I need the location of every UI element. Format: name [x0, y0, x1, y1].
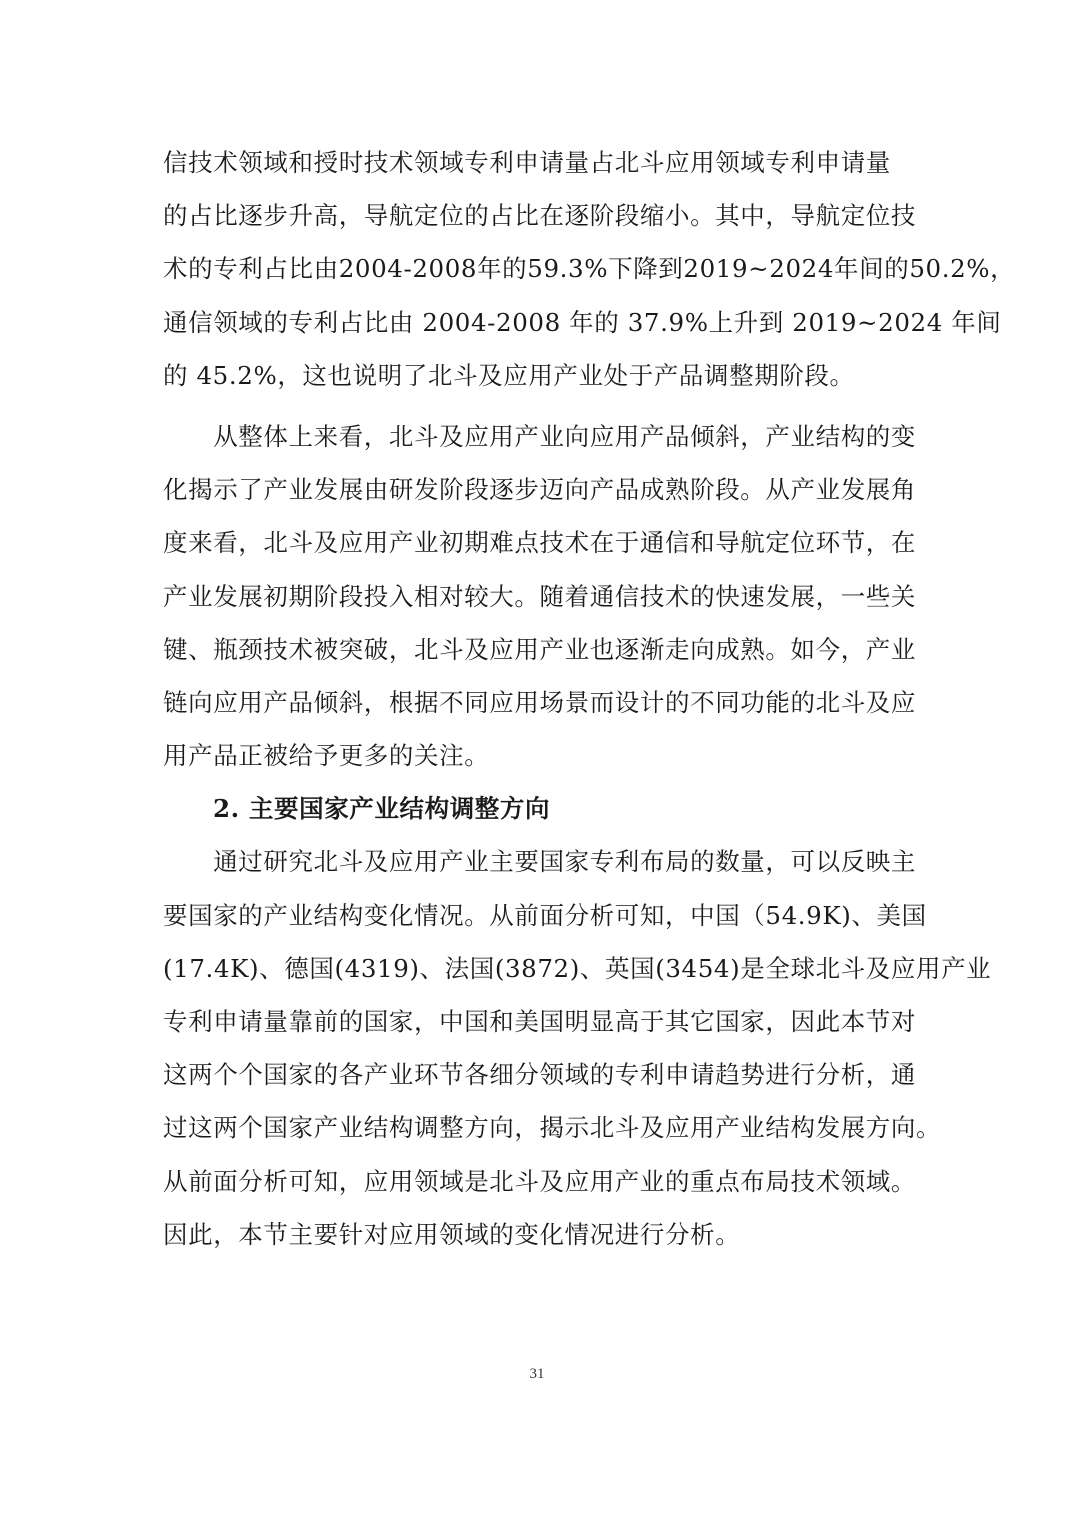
- text-line: 化揭示了产业发展由研发阶段逐步迈向产品成熟阶段。从产业发展角: [163, 463, 915, 516]
- text-line: 要国家的产业结构变化情况。从前面分析可知，中国（54.9K)、美国: [163, 889, 915, 942]
- page-number: 31: [0, 1366, 1074, 1383]
- text-line: 链向应用产品倾斜，根据不同应用场景而设计的不同功能的北斗及应: [163, 676, 915, 729]
- text-line: (17.4K)、德国(4319)、法国(3872)、英国(3454)是全球北斗及…: [163, 942, 915, 995]
- text-line: 的 45.2%，这也说明了北斗及应用产业处于产品调整期阶段。: [163, 349, 915, 402]
- document-page: 信技术领域和授时技术领域专利申请量占北斗应用领域专利申请量 的占比逐步升高，导航…: [163, 136, 915, 1261]
- paragraph-industry-overview: 从整体上来看，北斗及应用产业向应用产品倾斜，产业结构的变 化揭示了产业发展由研发…: [163, 410, 915, 782]
- text-line: 通信领域的专利占比由 2004-2008 年的 37.9%上升到 2019~20…: [163, 296, 915, 349]
- text-line: 这两个个国家的各产业环节各细分领域的专利申请趋势进行分析，通: [163, 1048, 915, 1101]
- text-line: 度来看，北斗及应用产业初期难点技术在于通信和导航定位环节，在: [163, 516, 915, 569]
- section-heading: 2. 主要国家产业结构调整方向: [163, 782, 915, 835]
- text-line: 术的专利占比由2004-2008年的59.3%下降到2019~2024年间的50…: [163, 242, 915, 295]
- text-line: 因此，本节主要针对应用领域的变化情况进行分析。: [163, 1208, 915, 1261]
- text-line: 过这两个国家产业结构调整方向，揭示北斗及应用产业结构发展方向。: [163, 1101, 915, 1154]
- text-line: 键、瓶颈技术被突破，北斗及应用产业也逐渐走向成熟。如今，产业: [163, 623, 915, 676]
- text-line: 的占比逐步升高，导航定位的占比在逐阶段缩小。其中，导航定位技: [163, 189, 915, 242]
- text-line: 通过研究北斗及应用产业主要国家专利布局的数量，可以反映主: [163, 835, 915, 888]
- text-line: 从前面分析可知，应用领域是北斗及应用产业的重点布局技术领域。: [163, 1155, 915, 1208]
- paragraph-gap: [163, 402, 915, 410]
- text-line: 专利申请量靠前的国家，中国和美国明显高于其它国家，因此本节对: [163, 995, 915, 1048]
- text-line: 用产品正被给予更多的关注。: [163, 729, 915, 782]
- text-line: 信技术领域和授时技术领域专利申请量占北斗应用领域专利申请量: [163, 136, 915, 189]
- text-line: 从整体上来看，北斗及应用产业向应用产品倾斜，产业结构的变: [163, 410, 915, 463]
- paragraph-patent-share: 信技术领域和授时技术领域专利申请量占北斗应用领域专利申请量 的占比逐步升高，导航…: [163, 136, 915, 402]
- paragraph-major-countries: 通过研究北斗及应用产业主要国家专利布局的数量，可以反映主 要国家的产业结构变化情…: [163, 835, 915, 1261]
- text-line: 产业发展初期阶段投入相对较大。随着通信技术的快速发展，一些关: [163, 570, 915, 623]
